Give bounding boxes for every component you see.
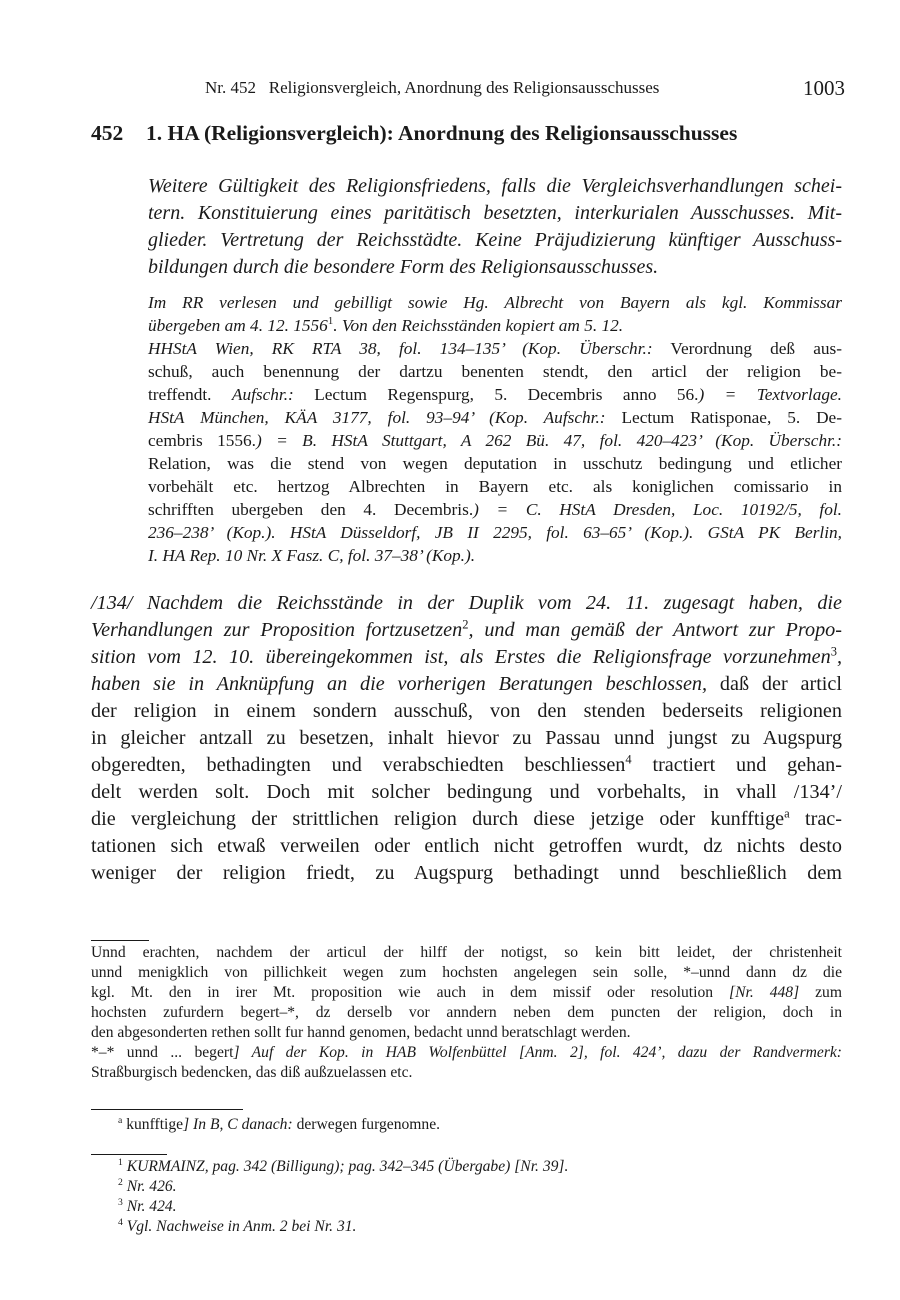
main-line: in gleicher antzall zu besetzen, inhalt …	[91, 727, 842, 750]
archive-citation: HStA München, KÄA 3177, fol. 93–94’ (Kop…	[148, 408, 606, 427]
footnote-3: 3 Nr. 424.	[118, 1198, 177, 1216]
main-line: die vergleichung der strittlichen religi…	[91, 808, 784, 830]
note-mark: a	[118, 1115, 122, 1126]
quoted-inscription: Lectum Ratisponae, 5. De-	[606, 408, 842, 427]
main-line: obgeredten, bethadingten und verabschied…	[91, 754, 625, 776]
footnote-divider	[91, 1154, 167, 1155]
quoted-title: vorbehält etc. hertzog Albrechten in Bay…	[148, 477, 842, 497]
note-line: den abgesonderten rethen sollt fur hannd…	[91, 1024, 842, 1042]
archive-citation: ) = C. HStA Dresden, Loc. 10192/5, fol.	[473, 500, 842, 519]
main-line: ,	[837, 646, 842, 668]
footnote-2: 2 Nr. 426.	[118, 1178, 177, 1196]
main-line: sition vom 12. 10. übereingekommen ist, …	[91, 646, 831, 668]
note-line: hochsten zufurdern begert–*, dz derselb …	[91, 1004, 842, 1022]
page-number: 1003	[803, 76, 845, 101]
note-line: Straßburgisch bedencken, das diß außzuel…	[91, 1064, 842, 1082]
main-line: haben sie in Anknüpfung an die vorherige…	[91, 673, 707, 695]
label: Aufschr.:	[232, 385, 294, 404]
main-line: delt werden solt. Doch mit solcher bedin…	[91, 781, 842, 804]
main-line: , und man gemäß der Antwort zur Propo-	[468, 619, 842, 641]
note-line: Unnd erachten, nachdem der articul der h…	[91, 944, 842, 962]
footnote-number: 2	[118, 1177, 123, 1188]
quoted-title: schrifften ubergeben den 4. Decembris.	[148, 500, 473, 519]
main-line: tractiert und gehan-	[632, 754, 842, 776]
label: ) = Textvorlage.	[699, 385, 842, 404]
cross-reference[interactable]: [Nr. 448]	[729, 984, 799, 1001]
quoted-title: Relation, was die stend von wegen deputa…	[148, 454, 842, 474]
archive-citation: ) = B. HStA Stuttgart, A 262 Bü. 47, fol…	[256, 431, 842, 450]
footnote-text: Nr. 424.	[127, 1198, 177, 1215]
main-line: der religion in einem sondern ausschuß, …	[91, 700, 842, 723]
footnote-text: Nr. 426.	[127, 1178, 177, 1195]
note-line: zum	[799, 984, 842, 1001]
footnote-1: 1 KURMAINZ, pag. 342 (Billigung); pag. 3…	[118, 1158, 568, 1176]
regest-line: tern. Konstituierung eines paritätisch b…	[148, 202, 842, 225]
footnote-4: 4 Vgl. Nachweise in Anm. 2 bei Nr. 31.	[118, 1218, 356, 1236]
note-divider	[91, 940, 149, 941]
quoted-title: Verordnung deß aus-	[653, 339, 842, 358]
archive-citation: I. HA Rep. 10 Nr. X Fasz. C, fol. 37–38’…	[148, 546, 475, 565]
main-line: tationen sich etwaß verweilen oder entli…	[91, 835, 842, 858]
note-lemma: *–* unnd ... begert	[91, 1044, 233, 1061]
footnote-number: 1	[118, 1157, 123, 1168]
quoted-inscription: Lectum Regenspurg, 5. Decembris anno 56.	[294, 385, 699, 404]
regest-line: bildungen durch die besondere Form des R…	[148, 256, 842, 279]
footnote-number: 3	[118, 1197, 123, 1208]
source-line: Im RR verlesen und gebilligt sowie Hg. A…	[148, 293, 842, 312]
main-line: daß der articl	[707, 673, 842, 695]
note-line: unnd menigklich von pillichkeit wegen zu…	[91, 964, 842, 982]
note-text: ] In B, C danach:	[183, 1116, 293, 1133]
main-line: weniger der religion friedt, zu Augspurg…	[91, 862, 842, 885]
footnote-text: KURMAINZ, pag. 342 (Billigung); pag. 342…	[127, 1158, 569, 1175]
note-line: ] Auf der Kop. in HAB Wolfenbüttel [Anm.…	[233, 1044, 842, 1061]
quoted-title: schuß, auch benennung der dartzu benente…	[148, 362, 842, 382]
footnote-text: Vgl. Nachweise in Anm. 2 bei Nr. 31.	[127, 1218, 357, 1235]
quoted-inscription: cembris 1556.	[148, 431, 256, 450]
main-line: Verhandlungen zur Proposition fortzusetz…	[91, 619, 462, 641]
archive-citation: HHStA Wien, RK RTA 38, fol. 134–135’ (Ko…	[148, 339, 653, 358]
text-critical-divider	[91, 1109, 243, 1110]
document-title: 1. HA (Religionsvergleich): Anordnung de…	[146, 121, 737, 145]
note-text: derwegen furgenomne.	[293, 1116, 440, 1133]
text-critical-note: a kunfftige] In B, C danach: derwegen fu…	[118, 1116, 440, 1134]
document-heading: 4521. HA (Religionsvergleich): Anordnung…	[91, 121, 737, 146]
regest-line: glieder. Vertretung der Reichsstädte. Ke…	[148, 229, 842, 252]
quoted-title: treffendt.	[148, 385, 232, 404]
footnote-number: 4	[118, 1217, 123, 1228]
source-line: . Von den Reichsständen kopiert am 5. 12…	[333, 316, 623, 335]
note-lemma: kunfftige	[126, 1116, 183, 1133]
source-line: übergeben am 4. 12. 1556	[148, 316, 328, 335]
note-line: kgl. Mt. den in irer Mt. proposition wie…	[91, 984, 729, 1001]
regest-line: Weitere Gültigkeit des Religionsfriedens…	[148, 175, 842, 198]
running-head: Nr. 452 Religionsvergleich, Anordnung de…	[205, 78, 845, 104]
main-line: /134/ Nachdem die Reichsstände in der Du…	[91, 592, 842, 614]
document-number: 452	[91, 121, 146, 146]
running-head-title: Nr. 452 Religionsvergleich, Anordnung de…	[205, 78, 659, 98]
main-line: trac-	[790, 808, 842, 830]
archive-citation: 236–238’ (Kop.). HStA Düsseldorf, JB II …	[148, 523, 842, 542]
